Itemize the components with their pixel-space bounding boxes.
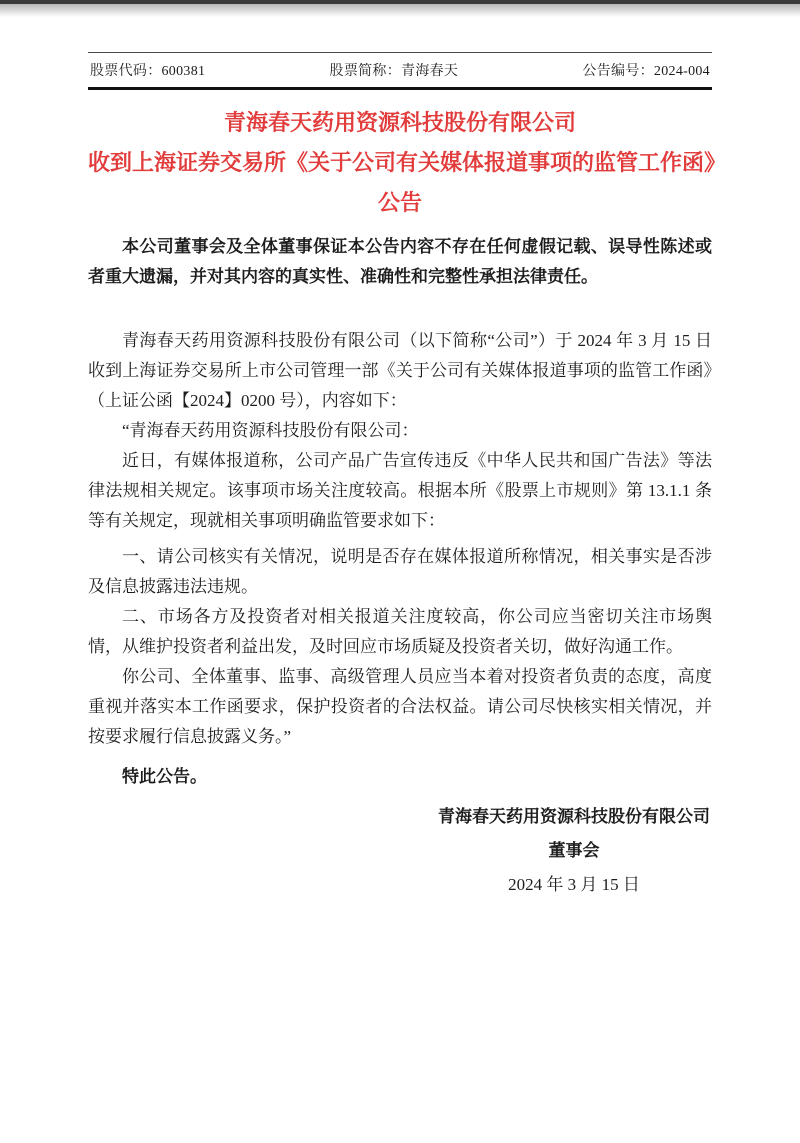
paragraph-requirement-3: 你公司、全体董事、监事、高级管理人员应当本着对投资者负责的态度，高度重视并落实本… bbox=[88, 662, 712, 752]
stock-name: 股票简称：青海春天 bbox=[330, 60, 459, 80]
stock-code-value: 600381 bbox=[162, 64, 206, 79]
title-line-word: 公告 bbox=[88, 183, 712, 223]
paragraph-quote-open: “青海春天药用资源科技股份有限公司： bbox=[88, 416, 712, 446]
title-line-company: 青海春天药用资源科技股份有限公司 bbox=[88, 103, 712, 143]
paragraph-requirement-1: 一、请公司核实有关情况，说明是否存在媒体报道所称情况，相关事实是否涉及信息披露违… bbox=[88, 542, 712, 602]
closing-statement: 特此公告。 bbox=[88, 762, 712, 792]
announcement-title: 青海春天药用资源科技股份有限公司 收到上海证券交易所《关于公司有关媒体报道事项的… bbox=[88, 103, 712, 223]
paragraph-media-report: 近日，有媒体报道称，公司产品广告宣传违反《中华人民共和国广告法》等法律法规相关规… bbox=[88, 446, 712, 536]
announcement-number: 公告编号：2024-004 bbox=[582, 60, 710, 80]
stock-name-label: 股票简称： bbox=[330, 64, 402, 79]
document-header: 股票代码：600381 股票简称：青海春天 公告编号：2024-004 bbox=[88, 52, 712, 90]
stock-code: 股票代码：600381 bbox=[90, 60, 205, 80]
announcement-page: 股票代码：600381 股票简称：青海春天 公告编号：2024-004 青海春天… bbox=[0, 52, 800, 902]
signature-board: 董事会 bbox=[438, 834, 710, 868]
signature-date: 2024 年 3 月 15 日 bbox=[438, 868, 710, 902]
stock-name-value: 青海春天 bbox=[401, 64, 458, 79]
board-statement: 本公司董事会及全体董事保证本公告内容不存在任何虚假记载、误导性陈述或者重大遗漏，… bbox=[88, 232, 712, 292]
announcement-number-value: 2024-004 bbox=[654, 64, 710, 79]
paragraph-receipt: 青海春天药用资源科技股份有限公司（以下简称“公司”）于 2024 年 3 月 1… bbox=[88, 326, 712, 416]
paragraph-requirement-2: 二、市场各方及投资者对相关报道关注度较高，你公司应当密切关注市场舆情，从维护投资… bbox=[88, 602, 712, 662]
page-top-shadow bbox=[0, 4, 800, 17]
stock-code-label: 股票代码： bbox=[90, 64, 162, 79]
signature-block: 青海春天药用资源科技股份有限公司 董事会 2024 年 3 月 15 日 bbox=[438, 800, 710, 902]
signature-company: 青海春天药用资源科技股份有限公司 bbox=[438, 800, 710, 834]
announcement-number-label: 公告编号： bbox=[582, 64, 654, 79]
title-line-subject: 收到上海证券交易所《关于公司有关媒体报道事项的监管工作函》 bbox=[88, 143, 712, 183]
